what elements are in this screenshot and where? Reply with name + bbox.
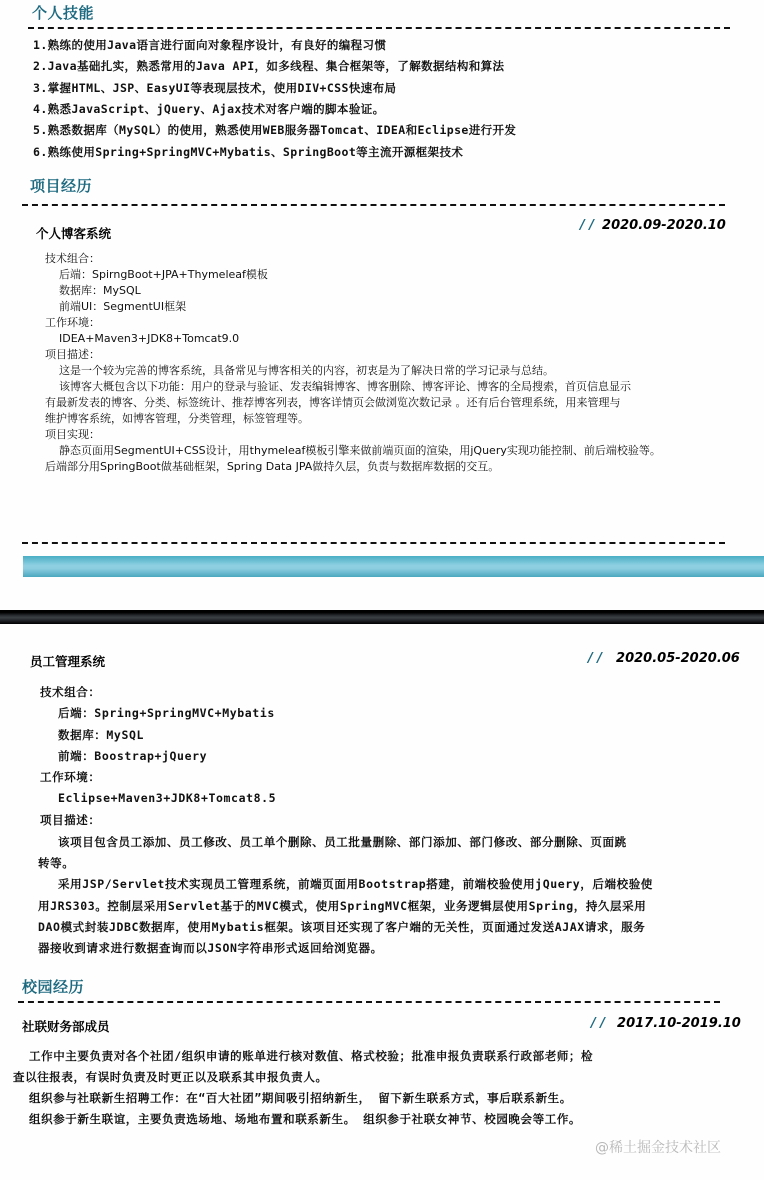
blog-bottom-divider [22,542,725,544]
tech-backend: 后端：SpirngBoot+JPA+Thymeleaf模板 [59,267,268,282]
desc-line: 用JRS303。控制层采用Servlet基于的MVC模式，使用SpringMVC… [38,898,646,914]
project-title: 员工管理系统 [30,652,105,670]
skill-item: 3.掌握HTML、JSP、EasyUI等表现层技术，使用DIV+CSS快速布局 [33,80,396,96]
date-range: 2017.10-2019.10 [617,1016,741,1031]
skill-item: 4.熟悉JavaScript、jQuery、Ajax技术对客户端的脚本验证。 [33,101,385,117]
campus-line: 工作中主要负责对各个社团/组织申请的账单进行核对数值、格式校验；批准申报负责联系… [29,1048,593,1064]
desc-label: 项目描述： [45,347,100,362]
desc-line: 采用JSP/Servlet技术实现员工管理系统，前端页面用Bootstrap搭建… [58,876,653,892]
tech-frontend: 前端：Boostrap+jQuery [58,748,207,764]
teal-separator-bar [23,556,764,577]
tech-database: 数据库：MySQL [59,283,141,298]
campus-role: 社联财务部成员 [22,1017,110,1035]
tech-database: 数据库：MySQL [58,727,144,743]
projects-heading: 项目经历 [30,175,92,196]
skill-item: 5.熟悉数据库（MySQL）的使用，熟悉使用WEB服务器Tomcat、IDEA和… [33,122,516,138]
date-slash-icon: / / [588,651,602,666]
date-range: 2020.09-2020.10 [602,218,726,233]
desc-label: 项目描述： [40,812,101,828]
page-break-bar [0,610,764,624]
desc-line: 维护博客系统，如博客管理，分类管理，标签管理等。 [45,411,309,426]
skill-item: 1.熟练的使用Java语言进行面向对象程序设计，有良好的编程习惯 [33,37,386,53]
date-slash-icon: / / [580,218,594,233]
skills-divider [28,27,730,29]
project-date: / /2020.05-2020.06 [588,651,740,666]
date-range: 2020.05-2020.06 [616,651,740,666]
date-slash-icon: / / [591,1016,605,1031]
campus-line: 查以往报表，有误时负责及时更正以及联系其申报负责人。 [13,1069,328,1085]
desc-line: 该项目包含员工添加、员工修改、员工单个删除、员工批量删除、部门添加、部门修改、部… [58,834,627,850]
project-date: / /2020.09-2020.10 [580,218,726,233]
watermark: @稀土掘金技术社区 [595,1137,721,1157]
campus-line: 组织参与社联新生招聘工作：在“百大社团”期间吸引招纳新生， 留下新生联系方式，事… [29,1090,572,1106]
tech-backend: 后端：Spring+SpringMVC+Mybatis [58,705,275,721]
desc-line: DAO模式封装JDBC数据库，使用Mybatis框架。该项目还实现了客户端的无关… [38,919,645,935]
project-title: 个人博客系统 [36,224,111,242]
tech-frontend: 前端UI：SegmentUI框架 [59,299,186,314]
env-label: 工作环境： [45,315,100,330]
tech-label: 技术组合： [45,251,100,266]
desc-line: 器接收到请求进行数据查询而以JSON字符串形式返回给浏览器。 [38,940,383,956]
desc-line: 这是一个较为完善的博客系统，具备常见与博客相关的内容，初衷是为了解决日常的学习记… [59,363,554,378]
impl-line: 静态页面用SegmentUI+CSS设计，用thymeleaf模板引擎来做前端页… [59,443,661,458]
impl-line: 后端部分用SpringBoot做基础框架，Spring Data JPA做持久层… [45,459,499,474]
impl-label: 项目实现： [45,427,100,442]
campus-date: / /2017.10-2019.10 [591,1016,741,1031]
env-value: Eclipse+Maven3+JDK8+Tomcat8.5 [58,791,276,805]
env-label: 工作环境： [40,769,101,785]
desc-line: 转等。 [38,855,74,871]
env-value: IDEA+Maven3+JDK8+Tomcat9.0 [59,331,239,346]
projects-divider [22,204,725,206]
desc-line: 该博客大概包含以下功能：用户的登录与验证、发表编辑博客、博客删除、博客评论、博客… [59,379,631,394]
skill-item: 6.熟练使用Spring+SpringMVC+Mybatis、SpringBoo… [33,144,463,160]
campus-line: 组织参于新生联谊，主要负责选场地、场地布置和联系新生。 组织参于社联女神节、校园… [29,1111,581,1127]
skills-heading: 个人技能 [32,2,94,23]
campus-heading: 校园经历 [22,976,84,997]
tech-label: 技术组合： [40,684,101,700]
skill-item: 2.Java基础扎实，熟悉常用的Java API，如多线程、集合框架等，了解数据… [33,58,504,74]
desc-line: 有最新发表的博客、分类、标签统计、推荐博客列表，博客详情页会做浏览次数记录 。还… [45,395,621,410]
campus-divider [18,1001,720,1003]
